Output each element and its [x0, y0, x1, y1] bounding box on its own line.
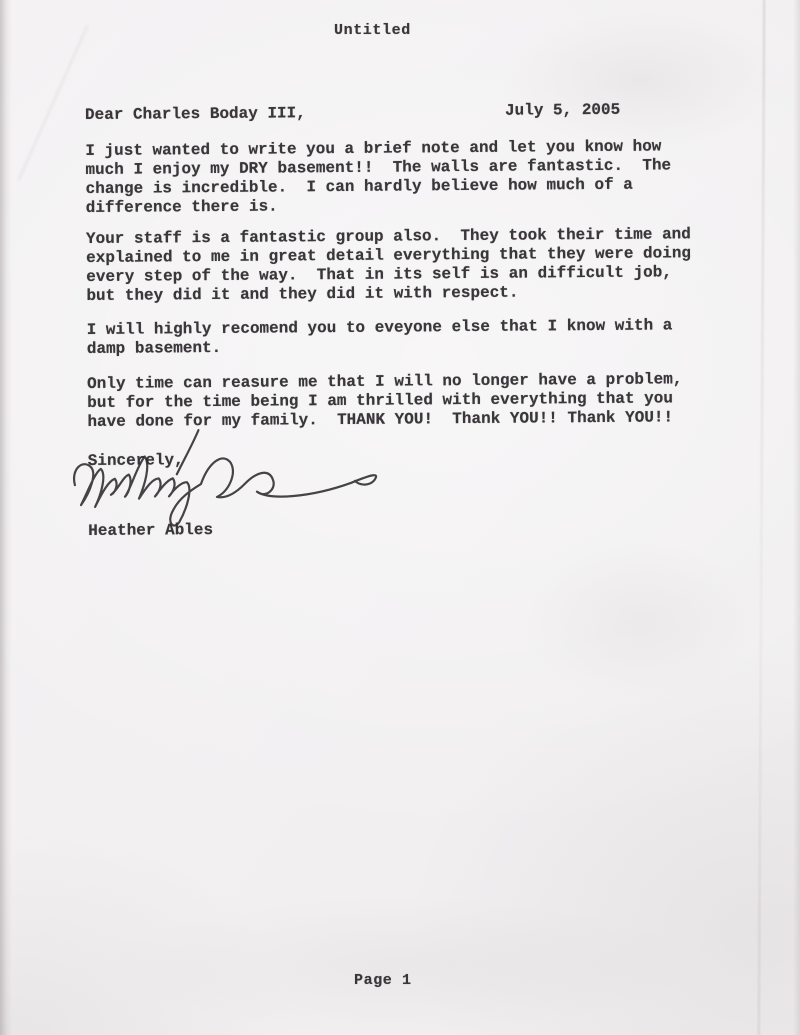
letter-paragraph-4: Only time can reasure me that I will no … — [87, 370, 683, 432]
letter-paragraph-3: I will highly recomend you to eveyone el… — [87, 316, 673, 359]
scanned-letter-page: Untitled Page 1 Dear Charles Boday III, … — [0, 0, 800, 1035]
letter-date: July 5, 2005 — [505, 101, 620, 121]
signature-typed-name: Heather Ables — [88, 521, 213, 541]
letter-body: Dear Charles Boday III, July 5, 2005 I j… — [0, 0, 800, 1035]
salutation: Dear Charles Boday III, — [85, 104, 306, 125]
letter-paragraph-1: I just wanted to write you a brief note … — [85, 137, 671, 218]
letter-paragraph-2: Your staff is a fantastic group also. Th… — [86, 225, 691, 306]
